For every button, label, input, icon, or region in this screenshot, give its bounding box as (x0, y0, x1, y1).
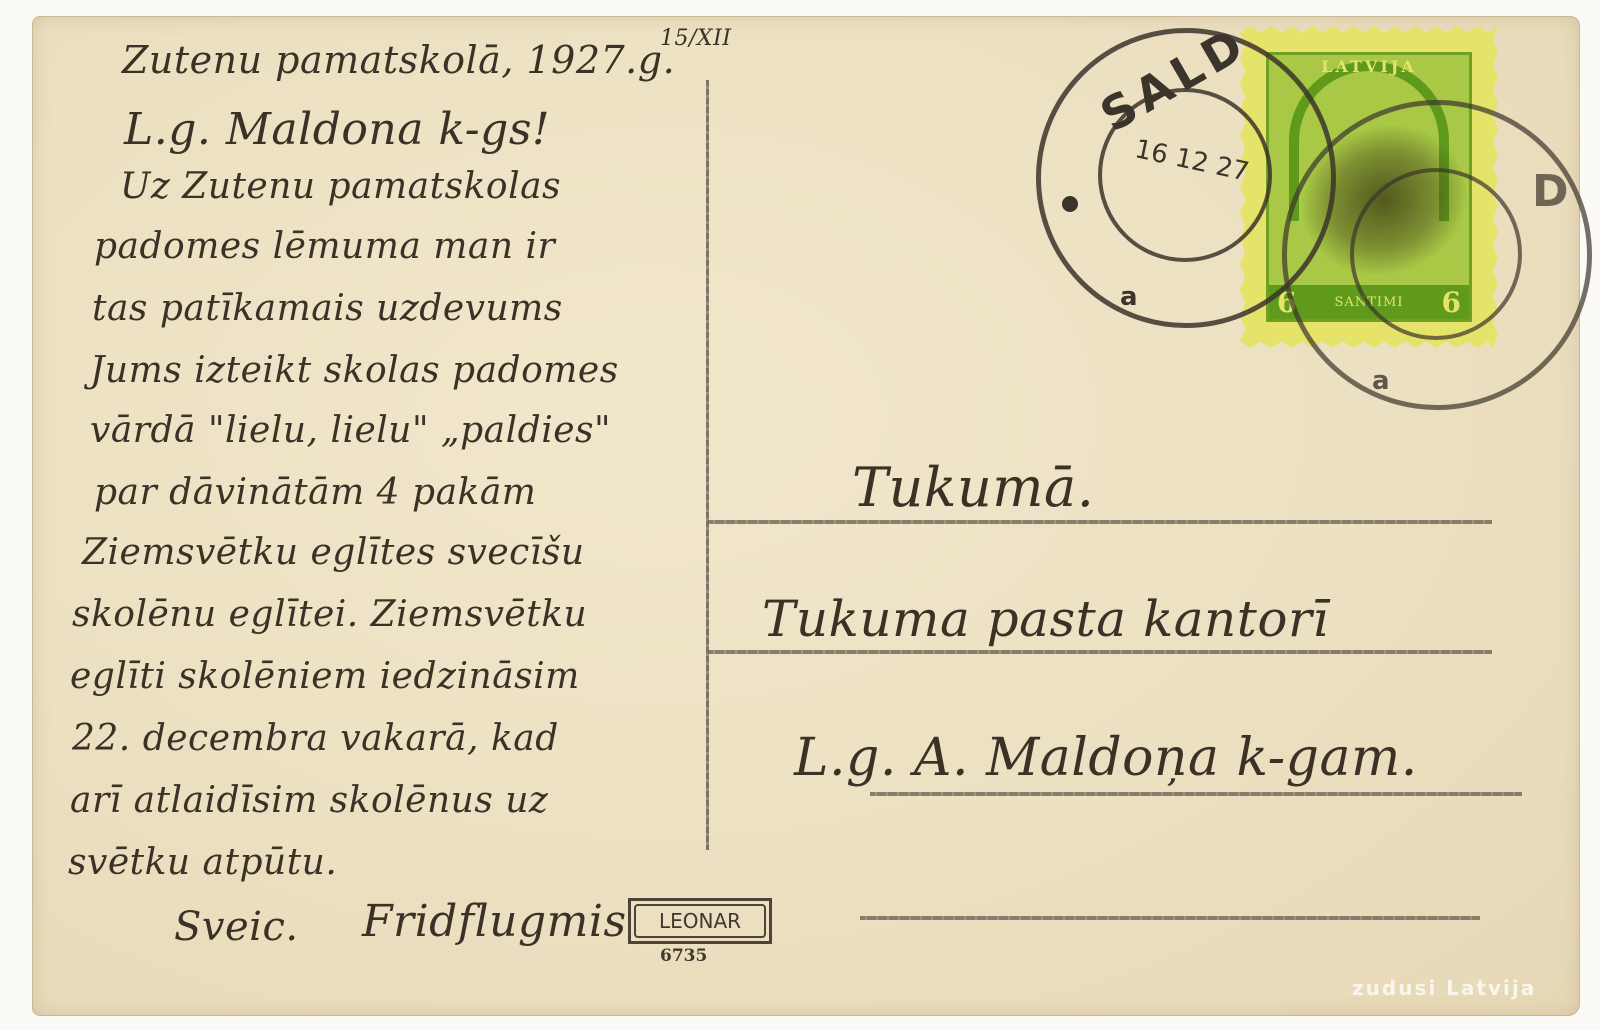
message-line: svētku atpūtu. (68, 842, 337, 883)
address-city: Tukumā. (852, 456, 1094, 519)
message-line: padomes lēmuma man ir (94, 226, 555, 267)
closing: Sveic. (174, 904, 299, 950)
postcard-back: Zutenu pamatskolā, 1927.g. 15/XII L.g. M… (32, 16, 1580, 1016)
date-day: 15 (660, 26, 689, 51)
signature: Fridflugmis (362, 896, 627, 947)
message-line: skolēnu eglītei. Ziemsvētku (72, 594, 587, 635)
message-line: tas patīkamais uzdevums (92, 288, 563, 329)
date-fraction: 15/XII (660, 26, 731, 51)
message-line: Ziemsvētku eglītes svecīšu (82, 532, 585, 573)
postmark-2-code: a (1372, 366, 1390, 396)
message-line: Jums izteikt skolas padomes (90, 350, 619, 391)
address-rule-2 (708, 650, 1492, 654)
message-line: 22. decembra vakarā, kad (72, 718, 559, 759)
publisher-stamp-box: LEONAR (628, 898, 772, 944)
address-recipient: L.g. A. Maldoņa k-gam. (794, 728, 1418, 788)
address-post-office: Tukuma pasta kantorī (762, 590, 1329, 648)
message-line: Zutenu pamatskolā, 1927.g. (122, 38, 675, 82)
greeting: L.g. Maldona k-gs! (124, 104, 550, 155)
postmark-2-inner-ring (1350, 168, 1522, 340)
date-month: XII (697, 26, 732, 51)
message-line: eglīti skolēniem iedzināsim (70, 656, 580, 697)
address-rule-4 (860, 916, 1480, 920)
address-rule-1 (708, 520, 1492, 524)
publisher-number: 6735 (660, 946, 707, 966)
postmark-2-town: D (1532, 166, 1569, 217)
message-line: Uz Zutenu pamatskolas (120, 166, 561, 207)
postmark-dot (1062, 196, 1078, 212)
postmark-code: a (1120, 282, 1138, 312)
message-line: par dāvinātām 4 pakām (94, 472, 536, 513)
message-line: arī atlaidīsim skolēnus uz (70, 780, 548, 821)
stamp-country: LATVIJA (1269, 57, 1469, 76)
message-line: vārdā "lielu, lielu" „paldies" (90, 410, 611, 451)
center-divider (706, 80, 709, 850)
publisher-name: LEONAR (634, 904, 766, 938)
address-rule-3 (870, 792, 1522, 796)
watermark: zudusi Latvija (1352, 976, 1536, 1000)
